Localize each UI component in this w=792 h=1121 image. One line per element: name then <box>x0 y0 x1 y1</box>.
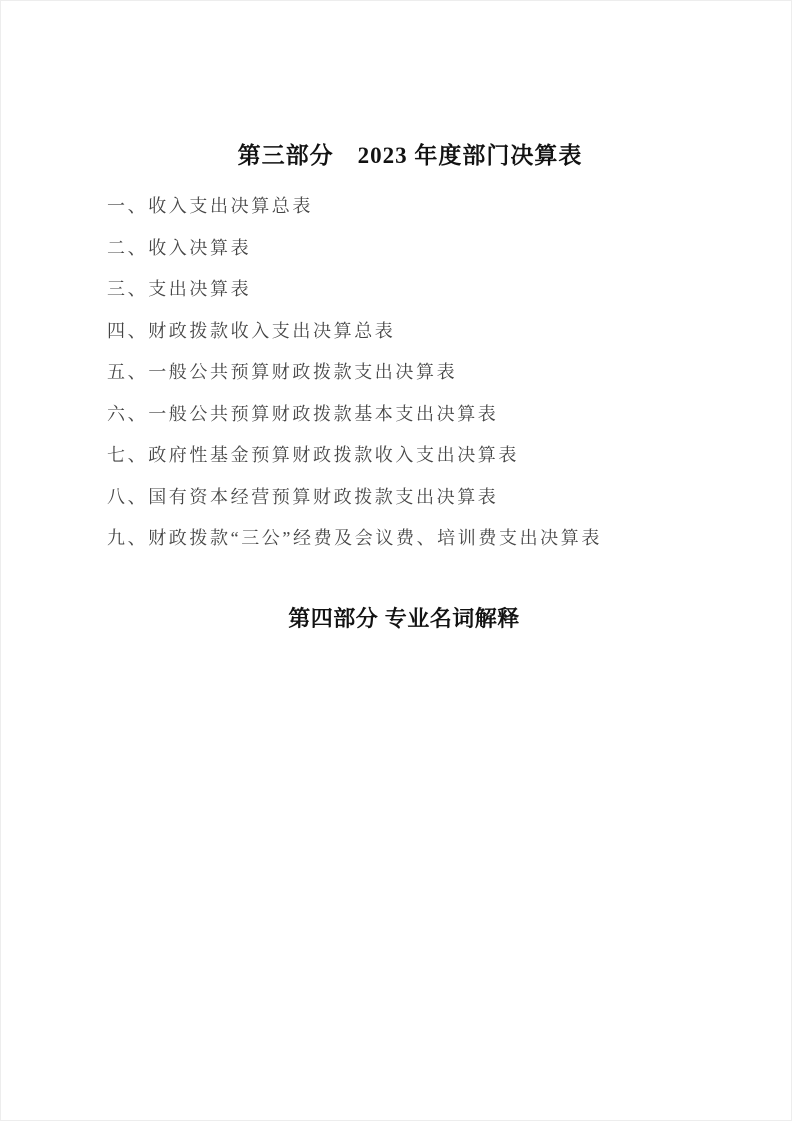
toc-item-4: 四、财政拨款收入支出决算总表 <box>107 311 602 353</box>
section3-title: 第三部分 2023 年度部门决算表 <box>0 140 792 172</box>
toc-item-7: 七、政府性基金预算财政拨款收入支出决算表 <box>107 435 602 477</box>
toc-item-1: 一、收入支出决算总表 <box>107 186 602 228</box>
toc-item-3: 三、支出决算表 <box>107 269 602 311</box>
toc-item-8: 八、国有资本经营预算财政拨款支出决算表 <box>107 477 602 519</box>
section4-title: 第四部分 专业名词解释 <box>0 604 792 634</box>
toc-item-9: 九、财政拨款“三公”经费及会议费、培训费支出决算表 <box>107 518 602 560</box>
section3-toc-list: 一、收入支出决算总表 二、收入决算表 三、支出决算表 四、财政拨款收入支出决算总… <box>107 186 602 560</box>
toc-item-5: 五、一般公共预算财政拨款支出决算表 <box>107 352 602 394</box>
toc-item-2: 二、收入决算表 <box>107 228 602 270</box>
toc-item-6: 六、一般公共预算财政拨款基本支出决算表 <box>107 394 602 436</box>
document-page: 第三部分 2023 年度部门决算表 一、收入支出决算总表 二、收入决算表 三、支… <box>0 0 792 1121</box>
